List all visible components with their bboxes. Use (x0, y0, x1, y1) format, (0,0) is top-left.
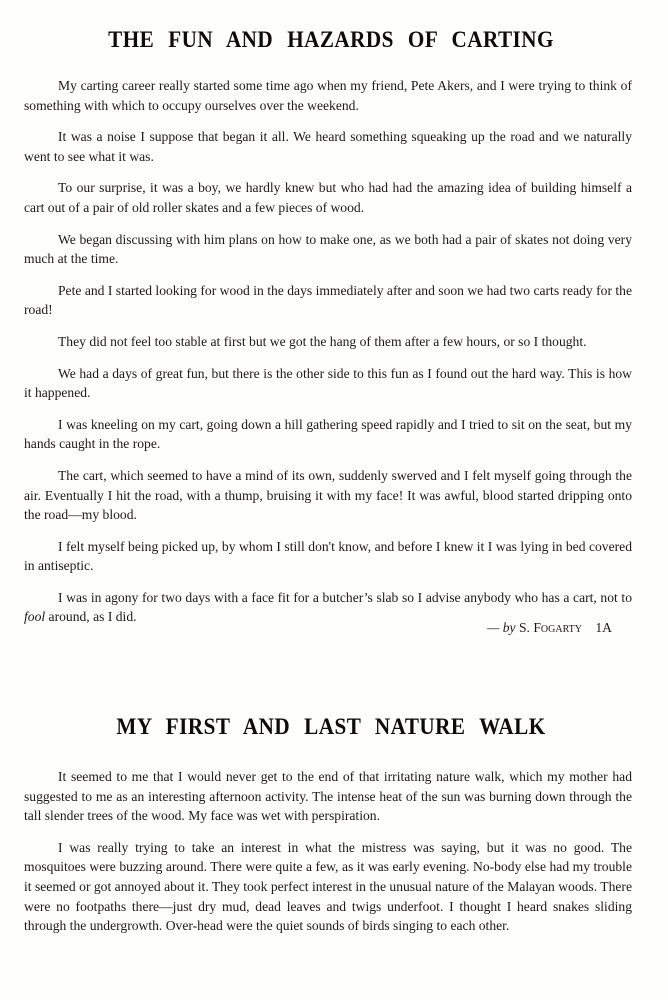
byline-author: S. Fogarty (519, 620, 582, 635)
paragraph: I felt myself being picked up, by whom I… (24, 537, 632, 576)
article-nature-walk: MY FIRST AND LAST NATURE WALK It seemed … (24, 713, 632, 948)
article-title: MY FIRST AND LAST NATURE WALK (54, 713, 608, 741)
article-body: It seemed to me that I would never get t… (24, 767, 632, 936)
paragraph: To our surprise, it was a boy, we hardly… (24, 178, 632, 217)
article-body: My carting career really started some ti… (24, 76, 632, 627)
emphasized-word: fool (24, 609, 45, 624)
paragraph: My carting career really started some ti… (24, 76, 632, 115)
article-title: THE FUN AND HAZARDS OF CARTING (54, 26, 608, 54)
paragraph: We began discussing with him plans on ho… (24, 230, 632, 269)
paragraph: The cart, which seemed to have a mind of… (24, 466, 632, 525)
paragraph: We had a days of great fun, but there is… (24, 364, 632, 403)
document-page: THE FUN AND HAZARDS OF CARTING My cartin… (0, 0, 668, 1000)
paragraph-text: I was in agony for two days with a face … (58, 590, 632, 605)
paragraph-text: around, as I did. (45, 609, 136, 624)
byline-prefix: — by (487, 620, 515, 635)
paragraph: I was kneeling on my cart, going down a … (24, 415, 632, 454)
byline: — by S. Fogarty 1A (487, 620, 612, 636)
byline-class: 1A (595, 620, 612, 635)
paragraph: Pete and I started looking for wood in t… (24, 281, 632, 320)
paragraph: It seemed to me that I would never get t… (24, 767, 632, 826)
article-carting: THE FUN AND HAZARDS OF CARTING My cartin… (24, 26, 632, 639)
paragraph: They did not feel too stable at first bu… (24, 332, 632, 352)
paragraph: It was a noise I suppose that began it a… (24, 127, 632, 166)
paragraph: I was really trying to take an interest … (24, 838, 632, 936)
